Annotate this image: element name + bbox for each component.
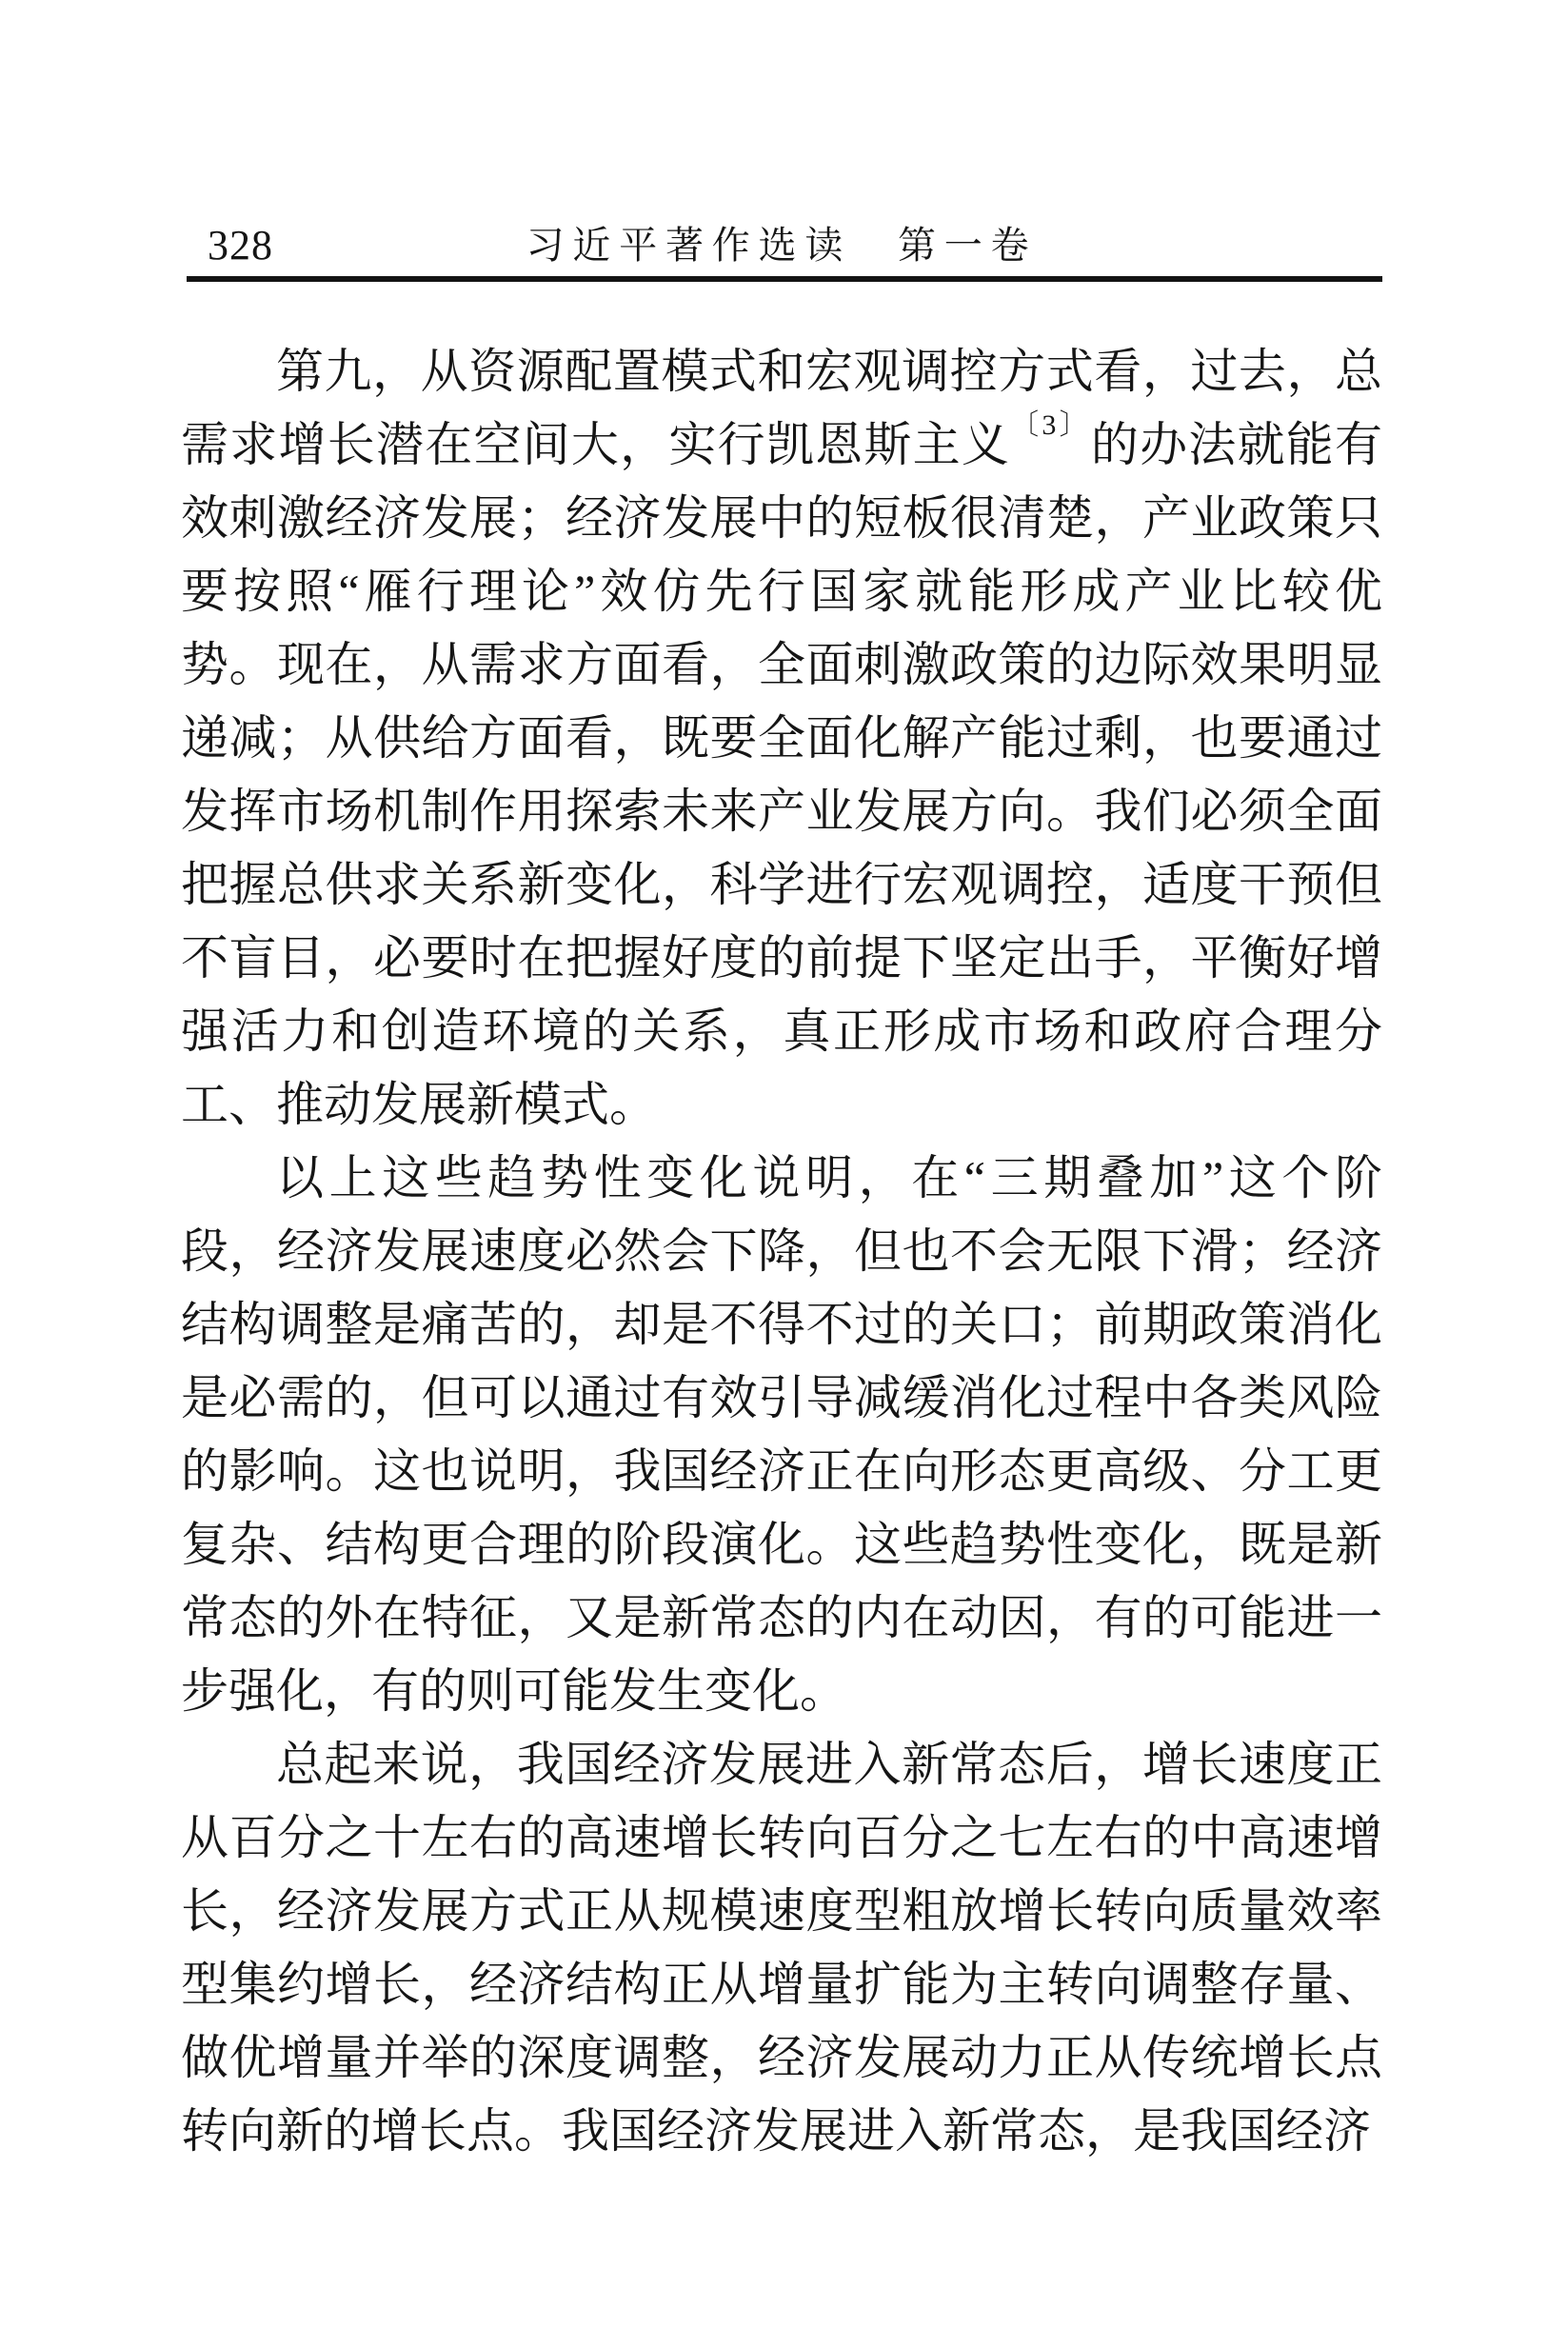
text-run: 不盲目，必要时在把握好度的前提下坚定出手，平衡好增 (181, 931, 1382, 985)
text-run: 步强化，有的则可能发生变化。 (181, 1664, 847, 1718)
text-run: 做优增量并举的深度调整，经济发展动力正从传统增长点 (181, 2031, 1382, 2084)
text-run: 发挥市场机制作用探索未来产业发展方向。我们必须全面 (181, 785, 1382, 838)
text-line: 步强化，有的则可能发生变化。 (181, 1655, 1382, 1728)
text-run: 段，经济发展速度必然会下降，但也不会无限下滑；经济 (181, 1224, 1382, 1278)
text-line: 转向新的增长点。我国经济发展进入新常态，是我国经济 (181, 2095, 1382, 2168)
text-run: 的办法就能有 (1091, 418, 1382, 471)
text-run: 型集约增长，经济结构正从增量扩能为主转向调整存量、 (181, 1958, 1382, 2011)
text-run: 效刺激经济发展；经济发展中的短板很清楚，产业政策只 (181, 491, 1382, 545)
text-run: 递减；从供给方面看，既要全面化解产能过剩，也要通过 (181, 711, 1382, 765)
text-run: 总起来说，我国经济发展进入新常态后，增长速度正 (276, 1738, 1382, 1791)
text-line: 长，经济发展方式正从规模速度型粗放增长转向质量效率 (181, 1875, 1382, 1948)
text-run: 长，经济发展方式正从规模速度型粗放增长转向质量效率 (181, 1884, 1382, 1938)
text-line: 发挥市场机制作用探索未来产业发展方向。我们必须全面 (181, 775, 1382, 848)
text-line: 结构调整是痛苦的，却是不得不过的关口；前期政策消化 (181, 1288, 1382, 1362)
text-run: 结构调整是痛苦的，却是不得不过的关口；前期政策消化 (181, 1298, 1382, 1351)
text-line: 常态的外在特征，又是新常态的内在动因，有的可能进一 (181, 1582, 1382, 1655)
text-run: 强活力和创造环境的关系，真正形成市场和政府合理分 (181, 1005, 1382, 1058)
text-line: 复杂、结构更合理的阶段演化。这些趋势性变化，既是新 (181, 1508, 1382, 1582)
text-run: 复杂、结构更合理的阶段演化。这些趋势性变化，既是新 (181, 1518, 1382, 1571)
text-line: 段，经济发展速度必然会下降，但也不会无限下滑；经济 (181, 1215, 1382, 1288)
text-line: 是必需的，但可以通过有效引导减缓消化过程中各类风险 (181, 1362, 1382, 1435)
text-line: 的影响。这也说明，我国经济正在向形态更高级、分工更 (181, 1435, 1382, 1508)
text-run: 从百分之十左右的高速增长转向百分之七左右的中高速增 (181, 1811, 1382, 1864)
text-run: 以上这些趋势性变化说明，在“三期叠加”这个阶 (276, 1151, 1382, 1204)
text-line: 从百分之十左右的高速增长转向百分之七左右的中高速增 (181, 1801, 1382, 1875)
text-line: 把握总供求关系新变化，科学进行宏观调控，适度干预但 (181, 848, 1382, 922)
text-line: 以上这些趋势性变化说明，在“三期叠加”这个阶 (181, 1142, 1382, 1215)
page-header: 328 习近平著作选读 第一卷 (181, 217, 1382, 270)
text-line: 势。现在，从需求方面看，全面刺激政策的边际效果明显 (181, 628, 1382, 702)
text-run: 的影响。这也说明，我国经济正在向形态更高级、分工更 (181, 1444, 1382, 1498)
text-run: 势。现在，从需求方面看，全面刺激政策的边际效果明显 (181, 638, 1382, 691)
text-line: 强活力和创造环境的关系，真正形成市场和政府合理分 (181, 995, 1382, 1068)
running-title: 习近平著作选读 第一卷 (181, 223, 1382, 269)
text-line: 总起来说，我国经济发展进入新常态后，增长速度正 (181, 1728, 1382, 1801)
text-line: 做优增量并举的深度调整，经济发展动力正从传统增长点 (181, 2021, 1382, 2095)
text-line: 效刺激经济发展；经济发展中的短板很清楚，产业政策只 (181, 482, 1382, 555)
text-run: 工、推动发展新模式。 (181, 1078, 657, 1131)
text-line: 不盲目，必要时在把握好度的前提下坚定出手，平衡好增 (181, 922, 1382, 995)
text-run: 要按照“雁行理论”效仿先行国家就能形成产业比较优 (181, 565, 1382, 618)
text-run: 常态的外在特征，又是新常态的内在动因，有的可能进一 (181, 1591, 1382, 1644)
text-run: 第九，从资源配置模式和宏观调控方式看，过去，总 (276, 345, 1382, 398)
text-line: 型集约增长，经济结构正从增量扩能为主转向调整存量、 (181, 1948, 1382, 2021)
text-run: 需求增长潜在空间大，实行凯恩斯主义 (181, 418, 1010, 471)
body-text: 第九，从资源配置模式和宏观调控方式看，过去，总需求增长潜在空间大，实行凯恩斯主义… (181, 335, 1382, 2168)
header-rule-divider (187, 276, 1382, 282)
footnote-marker: 〔3〕 (1010, 409, 1091, 441)
book-page: 328 习近平著作选读 第一卷 第九，从资源配置模式和宏观调控方式看，过去，总需… (0, 0, 1568, 2348)
text-run: 转向新的增长点。我国经济发展进入新常态，是我国经济 (181, 2104, 1371, 2158)
text-line: 递减；从供给方面看，既要全面化解产能过剩，也要通过 (181, 702, 1382, 775)
text-line: 要按照“雁行理论”效仿先行国家就能形成产业比较优 (181, 555, 1382, 628)
text-line: 需求增长潜在空间大，实行凯恩斯主义〔3〕的办法就能有 (181, 408, 1382, 482)
text-line: 第九，从资源配置模式和宏观调控方式看，过去，总 (181, 335, 1382, 408)
text-line: 工、推动发展新模式。 (181, 1068, 1382, 1142)
text-run: 把握总供求关系新变化，科学进行宏观调控，适度干预但 (181, 858, 1382, 911)
text-run: 是必需的，但可以通过有效引导减缓消化过程中各类风险 (181, 1371, 1382, 1424)
